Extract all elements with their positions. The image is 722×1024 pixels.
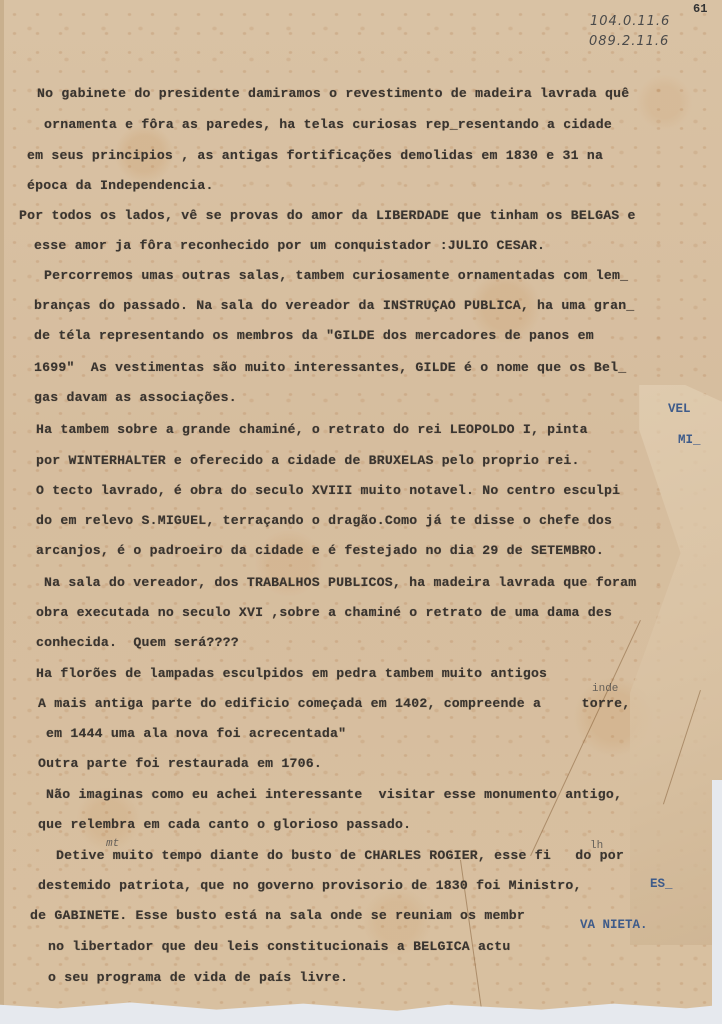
text-line: esse amor ja fôra reconhecido por um con… bbox=[34, 238, 545, 253]
page-left-edge bbox=[0, 0, 4, 1024]
text-line: de téla representando os membros da "GIL… bbox=[34, 328, 594, 343]
text-line: obra executada no seculo XVI ,sobre a ch… bbox=[36, 605, 612, 620]
typed-insertion-inde: inde bbox=[592, 683, 618, 695]
text-line: branças do passado. Na sala do vereador … bbox=[34, 298, 634, 313]
archive-reference-1: 104.0.11.6 bbox=[590, 14, 670, 29]
text-line: Por todos os lados, vê se provas do amor… bbox=[19, 208, 636, 223]
fold-fragment-vel: VEL bbox=[668, 402, 691, 416]
text-line: de GABINETE. Esse busto está na sala ond… bbox=[30, 908, 525, 923]
text-line: do em relevo S.MIGUEL, terraçando o drag… bbox=[36, 513, 612, 528]
text-line: ornamenta e fôra as paredes, ha telas cu… bbox=[44, 117, 612, 132]
text-line: no libertador que deu leis constituciona… bbox=[48, 939, 511, 954]
text-line: A mais antiga parte do edificio começada… bbox=[38, 696, 630, 711]
text-line: em 1444 uma ala nova foi acrecentada" bbox=[46, 726, 346, 741]
torn-folded-corner bbox=[630, 385, 722, 945]
text-line: Não imaginas como eu achei interessante … bbox=[46, 787, 622, 802]
text-line: destemido patriota, que no governo provi… bbox=[38, 878, 582, 893]
page-number: 61 bbox=[693, 2, 707, 16]
text-line: gas davam as associações. bbox=[34, 390, 237, 405]
text-line: em seus principios , as antigas fortific… bbox=[27, 148, 603, 163]
scanned-document-page: 61 104.0.11.6 089.2.11.6 No gabinete do … bbox=[0, 0, 722, 1024]
text-line: por WINTERHALTER e oferecido a cidade de… bbox=[36, 453, 580, 468]
text-line: Outra parte foi restaurada em 1706. bbox=[38, 756, 322, 771]
text-line: Ha florões de lampadas esculpidos em ped… bbox=[36, 666, 547, 681]
handwritten-correction: mt bbox=[106, 838, 119, 850]
text-line: No gabinete do presidente damiramos o re… bbox=[37, 86, 629, 101]
paper-crease bbox=[530, 620, 641, 856]
text-line: 1699" As vestimentas são muito interessa… bbox=[34, 360, 626, 375]
text-line: O tecto lavrado, é obra do seculo XVIII … bbox=[36, 483, 620, 498]
text-line: Detive muito tempo diante do busto de CH… bbox=[56, 848, 624, 863]
text-line: que relembra em cada canto o glorioso pa… bbox=[38, 817, 411, 832]
text-line: arcanjos, é o padroeiro da cidade e é fe… bbox=[36, 543, 604, 558]
text-line: conhecida. Quem será???? bbox=[36, 635, 239, 650]
fold-fragment-es: ES_ bbox=[650, 877, 673, 891]
archive-reference-2: 089.2.11.6 bbox=[589, 34, 669, 49]
background-right-edge bbox=[712, 780, 722, 1024]
text-line: Percorremos umas outras salas, tambem cu… bbox=[44, 268, 628, 283]
text-line: Ha tambem sobre a grande chaminé, o retr… bbox=[36, 422, 588, 437]
fold-fragment-nieta: VA NIETA. bbox=[580, 918, 648, 932]
text-line: o seu programa de vida de país livre. bbox=[48, 970, 348, 985]
fold-fragment-mi: MI_ bbox=[678, 433, 701, 447]
superscript-fragment: lh bbox=[590, 840, 603, 852]
text-line: época da Independencia. bbox=[27, 178, 214, 193]
text-line: Na sala do vereador, dos TRABALHOS PUBLI… bbox=[44, 575, 636, 590]
torn-bottom-edge bbox=[0, 1000, 722, 1024]
